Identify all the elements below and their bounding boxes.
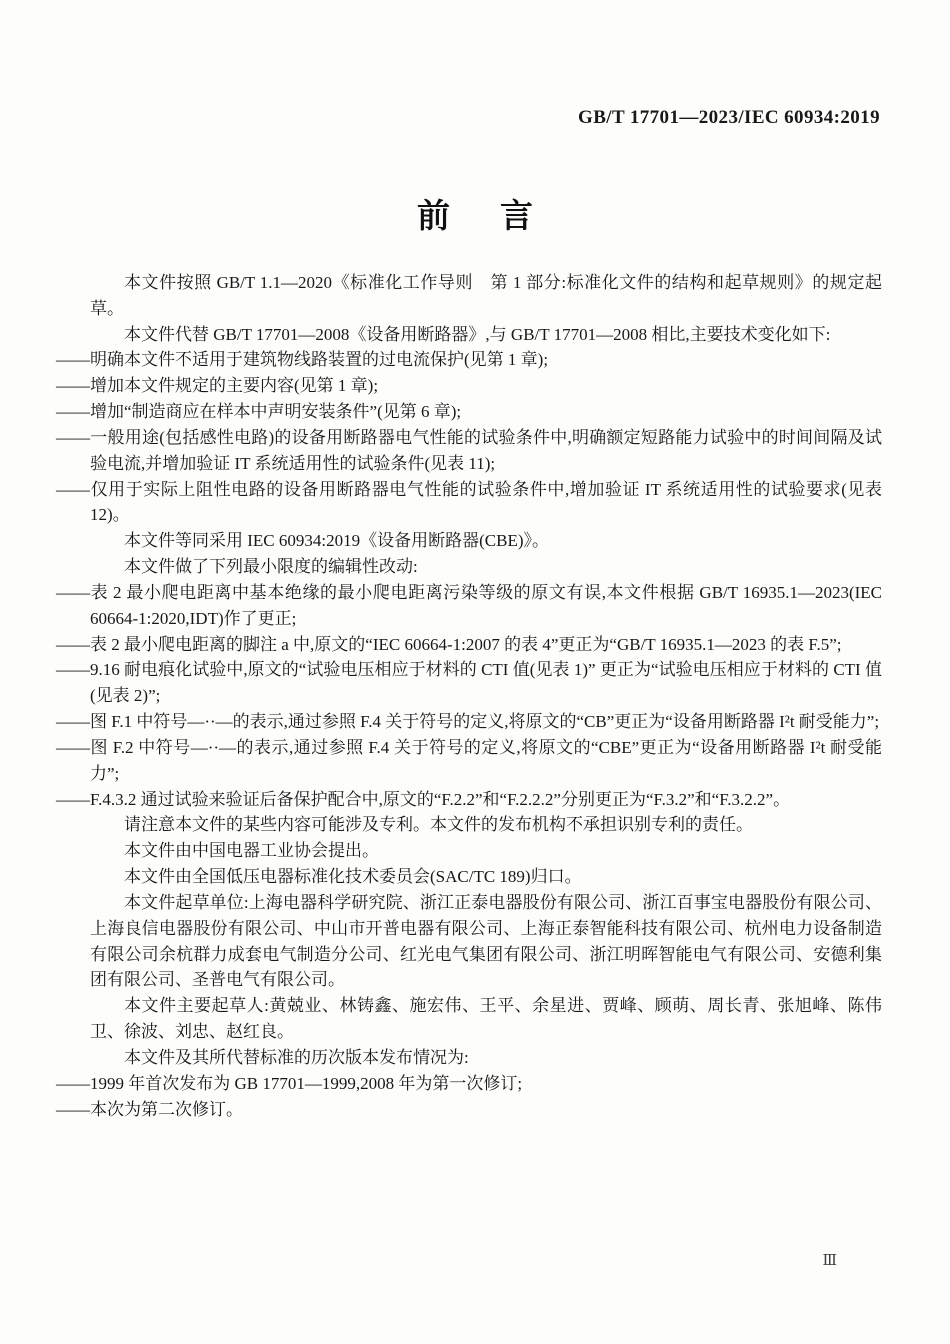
- paragraph: 本文件主要起草人:黄兢业、林铸鑫、施宏伟、王平、余星进、贾峰、顾萌、周长青、张旭…: [90, 993, 882, 1045]
- list-item: ——仅用于实际上阻性电路的设备用断路器电气性能的试验条件中,增加验证 IT 系统…: [90, 477, 882, 529]
- paragraph: 本文件做了下列最小限度的编辑性改动:: [90, 554, 882, 580]
- title-char-second: 言: [500, 190, 533, 237]
- document-page: GB/T 17701—2023/IEC 60934:2019 前 言 本文件按照…: [0, 0, 950, 1344]
- list-item: ——F.4.3.2 通过试验来验证后备保护配合中,原文的“F.2.2”和“F.2…: [90, 787, 882, 813]
- paragraph: 本文件由全国低压电器标准化技术委员会(SAC/TC 189)归口。: [90, 864, 882, 890]
- paragraph: 本文件起草单位:上海电器科学研究院、浙江正泰电器股份有限公司、浙江百事宝电器股份…: [90, 890, 882, 993]
- paragraph: 本文件按照 GB/T 1.1—2020《标准化工作导则 第 1 部分:标准化文件…: [90, 270, 882, 322]
- list-item: ——本次为第二次修订。: [90, 1097, 882, 1123]
- title-char-first: 前: [417, 190, 450, 237]
- document-body: 本文件按照 GB/T 1.1—2020《标准化工作导则 第 1 部分:标准化文件…: [90, 270, 882, 1122]
- paragraph: 本文件代替 GB/T 17701—2008《设备用断路器》,与 GB/T 177…: [90, 322, 882, 348]
- list-item: ——增加“制造商应在样本中声明安装条件”(见第 6 章);: [90, 399, 882, 425]
- list-item: ——明确本文件不适用于建筑物线路装置的过电流保护(见第 1 章);: [90, 347, 882, 373]
- list-item: ——表 2 最小爬电距离中基本绝缘的最小爬电距离污染等级的原文有误,本文件根据 …: [90, 580, 882, 632]
- list-item: ——9.16 耐电痕化试验中,原文的“试验电压相应于材料的 CTI 值(见表 1…: [90, 657, 882, 709]
- paragraph: 本文件及其所代替标准的历次版本发布情况为:: [90, 1045, 882, 1071]
- standard-number-header: GB/T 17701—2023/IEC 60934:2019: [0, 107, 880, 129]
- paragraph: 本文件等同采用 IEC 60934:2019《设备用断路器(CBE)》。: [90, 528, 882, 554]
- list-item: ——图 F.2 中符号—··—的表示,通过参照 F.4 关于符号的定义,将原文的…: [90, 735, 882, 787]
- paragraph: 本文件由中国电器工业协会提出。: [90, 838, 882, 864]
- paragraph: 请注意本文件的某些内容可能涉及专利。本文件的发布机构不承担识别专利的责任。: [90, 812, 882, 838]
- list-item: ——表 2 最小爬电距离的脚注 a 中,原文的“IEC 60664-1:2007…: [90, 632, 882, 658]
- list-item: ——增加本文件规定的主要内容(见第 1 章);: [90, 373, 882, 399]
- page-title: 前 言: [0, 190, 950, 237]
- list-item: ——图 F.1 中符号—··—的表示,通过参照 F.4 关于符号的定义,将原文的…: [90, 709, 882, 735]
- page-number: Ⅲ: [823, 1251, 838, 1270]
- list-item: ——一般用途(包括感性电路)的设备用断路器电气性能的试验条件中,明确额定短路能力…: [90, 425, 882, 477]
- list-item: ——1999 年首次发布为 GB 17701—1999,2008 年为第一次修订…: [90, 1071, 882, 1097]
